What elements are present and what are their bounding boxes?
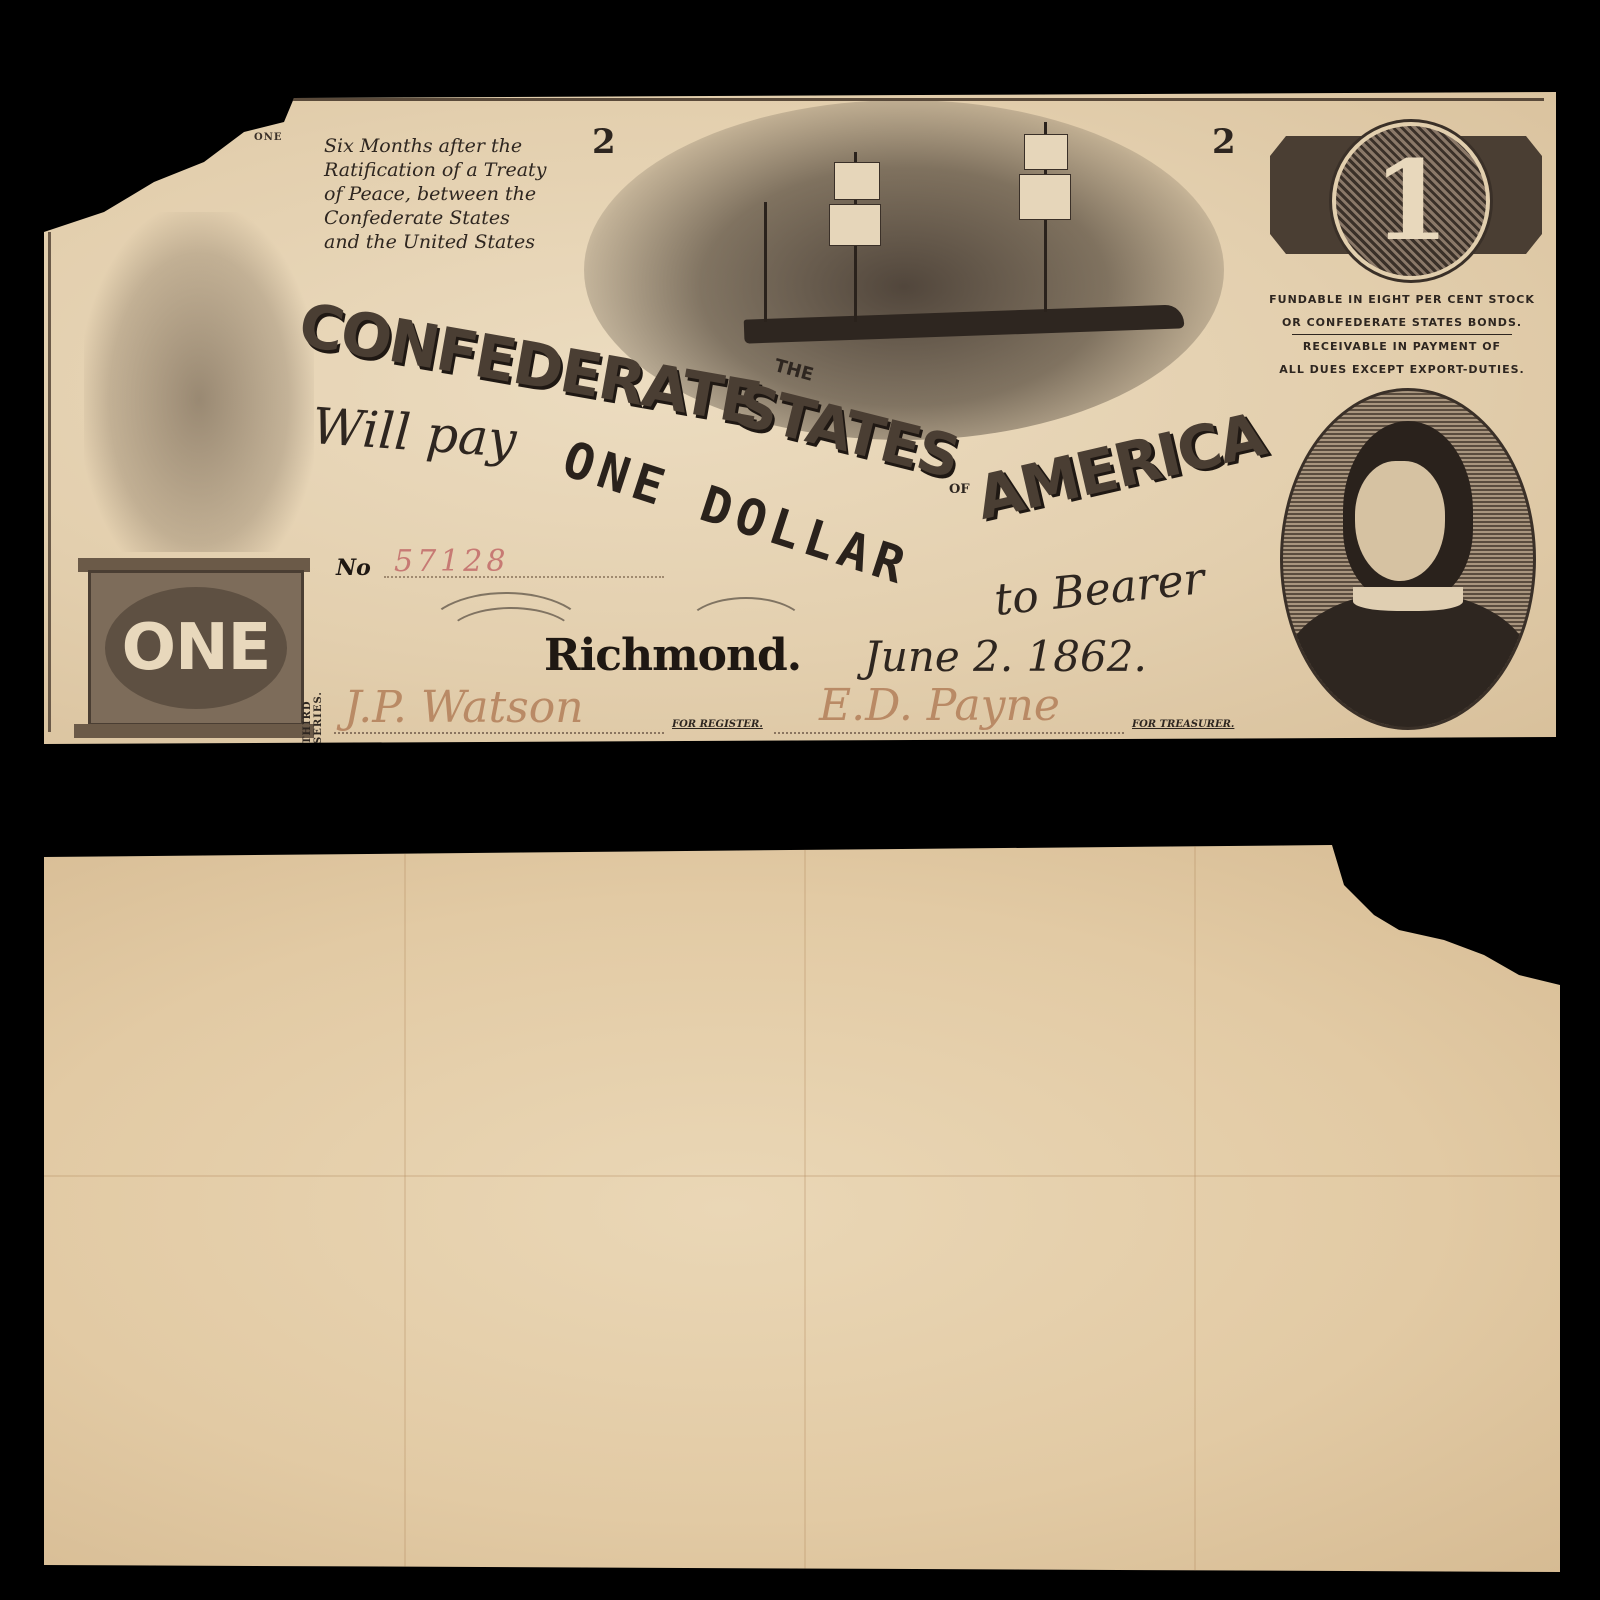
banknote-front: ONE Six Months after the Ratification of…	[44, 92, 1556, 744]
legend-line: OR CONFEDERATE STATES BONDS.	[1242, 311, 1562, 334]
treasurer-label: FOR TREASURER.	[1132, 719, 1234, 730]
ship-sail	[829, 204, 881, 246]
serial-number: 57128	[394, 544, 509, 579]
ship-sail	[834, 162, 880, 200]
one-plaque: ONE	[88, 570, 304, 726]
legend-line: FUNDABLE IN EIGHT PER CENT STOCK	[1242, 288, 1562, 311]
ship-sail	[1024, 134, 1068, 170]
serial-label: No	[336, 555, 371, 581]
payment-clause: Six Months after the Ratification of a T…	[324, 134, 584, 254]
clause-line: Six Months after the	[324, 134, 584, 158]
series-text: THIRD SERIES.	[302, 652, 324, 744]
banknote-back	[44, 845, 1560, 1572]
portrait-body	[1283, 591, 1533, 730]
ship-mast	[764, 202, 767, 322]
legend-line: RECEIVABLE IN PAYMENT OF	[1242, 335, 1562, 358]
paper-crease	[1194, 845, 1196, 1572]
denomination-numeral: 1	[1373, 146, 1450, 256]
paper-crease	[44, 1175, 1560, 1177]
treasurer-signature: E.D. Payne	[819, 680, 1060, 731]
corner-numeral: 2	[1212, 122, 1236, 162]
legend-line: ALL DUES EXCEPT EXPORT-DUTIES.	[1242, 358, 1562, 381]
border-rule	[48, 232, 51, 732]
clause-line: and the United States	[324, 230, 584, 254]
ship-sail	[1019, 174, 1071, 220]
date-text: June 2. 1862.	[864, 632, 1147, 681]
portrait-face	[1355, 461, 1445, 581]
one-oval: ONE	[105, 587, 287, 709]
paper-crease	[804, 845, 806, 1572]
signature-line	[774, 732, 1124, 734]
corner-numeral: 2	[592, 122, 616, 162]
signature-line	[334, 732, 664, 734]
fundable-legend: FUNDABLE IN EIGHT PER CENT STOCK OR CONF…	[1242, 288, 1562, 381]
clause-line: Ratification of a Treaty	[324, 158, 584, 182]
register-signature: J.P. Watson	[344, 682, 584, 733]
clause-line: Confederate States	[324, 206, 584, 230]
plaque-base	[74, 724, 314, 738]
promise-text: Will pay	[310, 397, 518, 469]
clause-line: of Peace, between the	[324, 182, 584, 206]
allegorical-figure-vignette	[84, 212, 314, 552]
paper-crease	[404, 845, 406, 1572]
ribbon-label: ONE	[254, 132, 282, 143]
figure-shading	[84, 212, 314, 552]
title-of: OF	[949, 482, 970, 497]
portrait-collar	[1353, 587, 1463, 611]
plaque-text: ONE	[122, 611, 271, 685]
denomination-circle: 1	[1332, 122, 1490, 280]
to-bearer-text: to Bearer	[992, 553, 1207, 626]
register-label: FOR REGISTER.	[672, 719, 763, 730]
portrait-vignette	[1280, 388, 1536, 730]
city-text: Richmond.	[544, 630, 801, 681]
